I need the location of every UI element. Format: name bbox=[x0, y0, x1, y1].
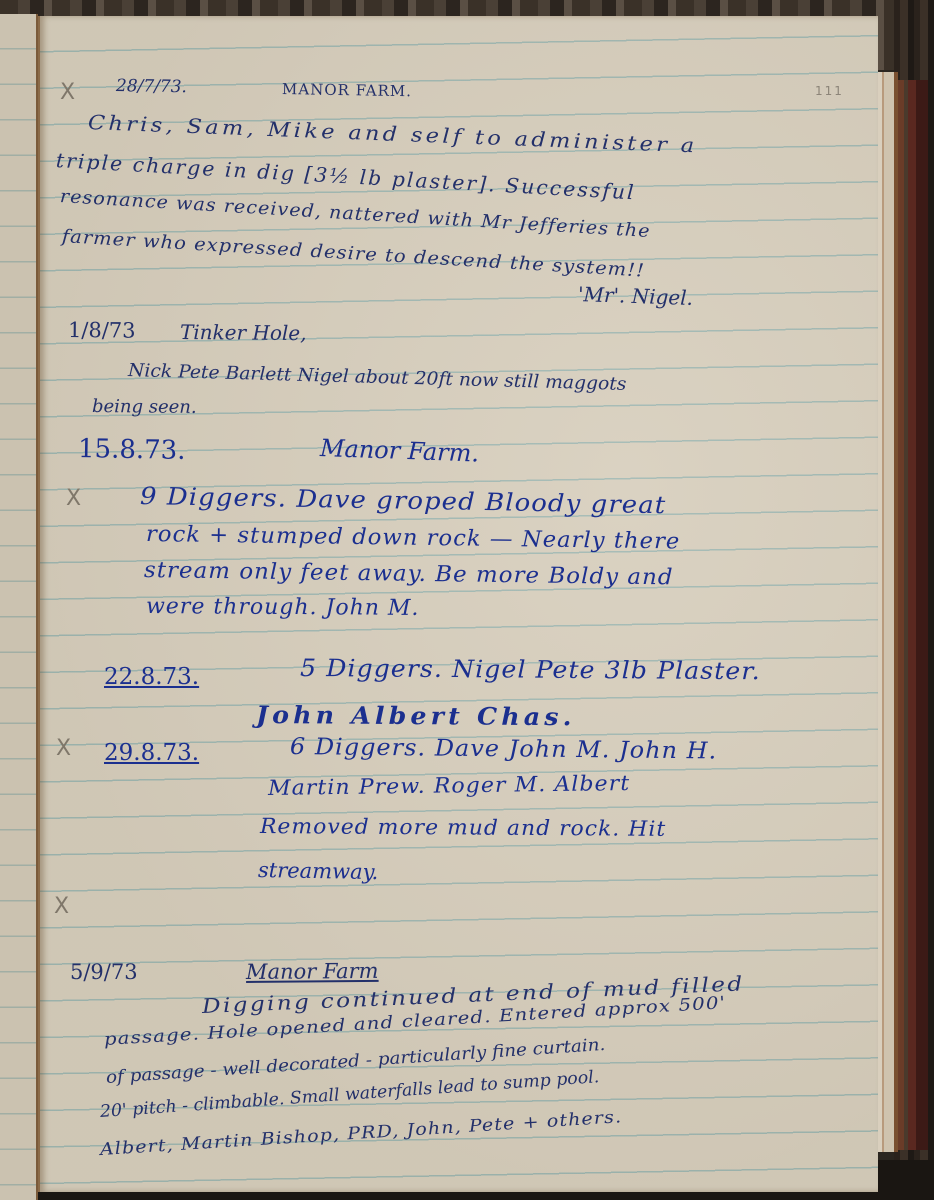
entry-location: Manor Farm bbox=[246, 959, 379, 984]
entry-date: 15.8.73. bbox=[78, 434, 186, 466]
margin-x-mark: X bbox=[60, 80, 75, 105]
entry-line: 6 Diggers. Dave John M. John H. bbox=[290, 734, 718, 764]
entry-line: Removed more mud and rock. Hit bbox=[260, 814, 666, 841]
page-number: 111 bbox=[815, 84, 844, 98]
entry-signature: 'Mr'. Nigel. bbox=[578, 282, 694, 310]
entry-line: being seen. bbox=[92, 396, 197, 418]
entry-line: 5 Diggers. Nigel Pete 3lb Plaster. bbox=[300, 654, 761, 685]
entry-date: 22.8.73. bbox=[104, 664, 199, 690]
entry-line: streamway. bbox=[258, 858, 379, 884]
entry-date: 29.8.73. bbox=[104, 740, 199, 766]
previous-page-edge bbox=[0, 14, 38, 1200]
margin-x-mark: X bbox=[56, 736, 71, 761]
book-cover-binding bbox=[898, 80, 928, 1150]
entry-date: 1/8/73 bbox=[68, 318, 136, 343]
entry-location: Manor Farm. bbox=[320, 434, 480, 468]
entry-date: 28/7/73. bbox=[116, 76, 187, 97]
entry-location: MANOR FARM. bbox=[282, 80, 412, 100]
margin-x-mark: X bbox=[66, 486, 81, 511]
margin-x-mark: X bbox=[54, 894, 69, 919]
entry-line: Martin Prew. Roger M. Albert bbox=[268, 771, 631, 800]
entry-line: John Albert Chas. bbox=[256, 700, 576, 731]
entry-location: Tinker Hole, bbox=[180, 320, 307, 345]
entry-date: 5/9/73 bbox=[70, 960, 138, 984]
entry-line: were through. John M. bbox=[146, 594, 420, 621]
